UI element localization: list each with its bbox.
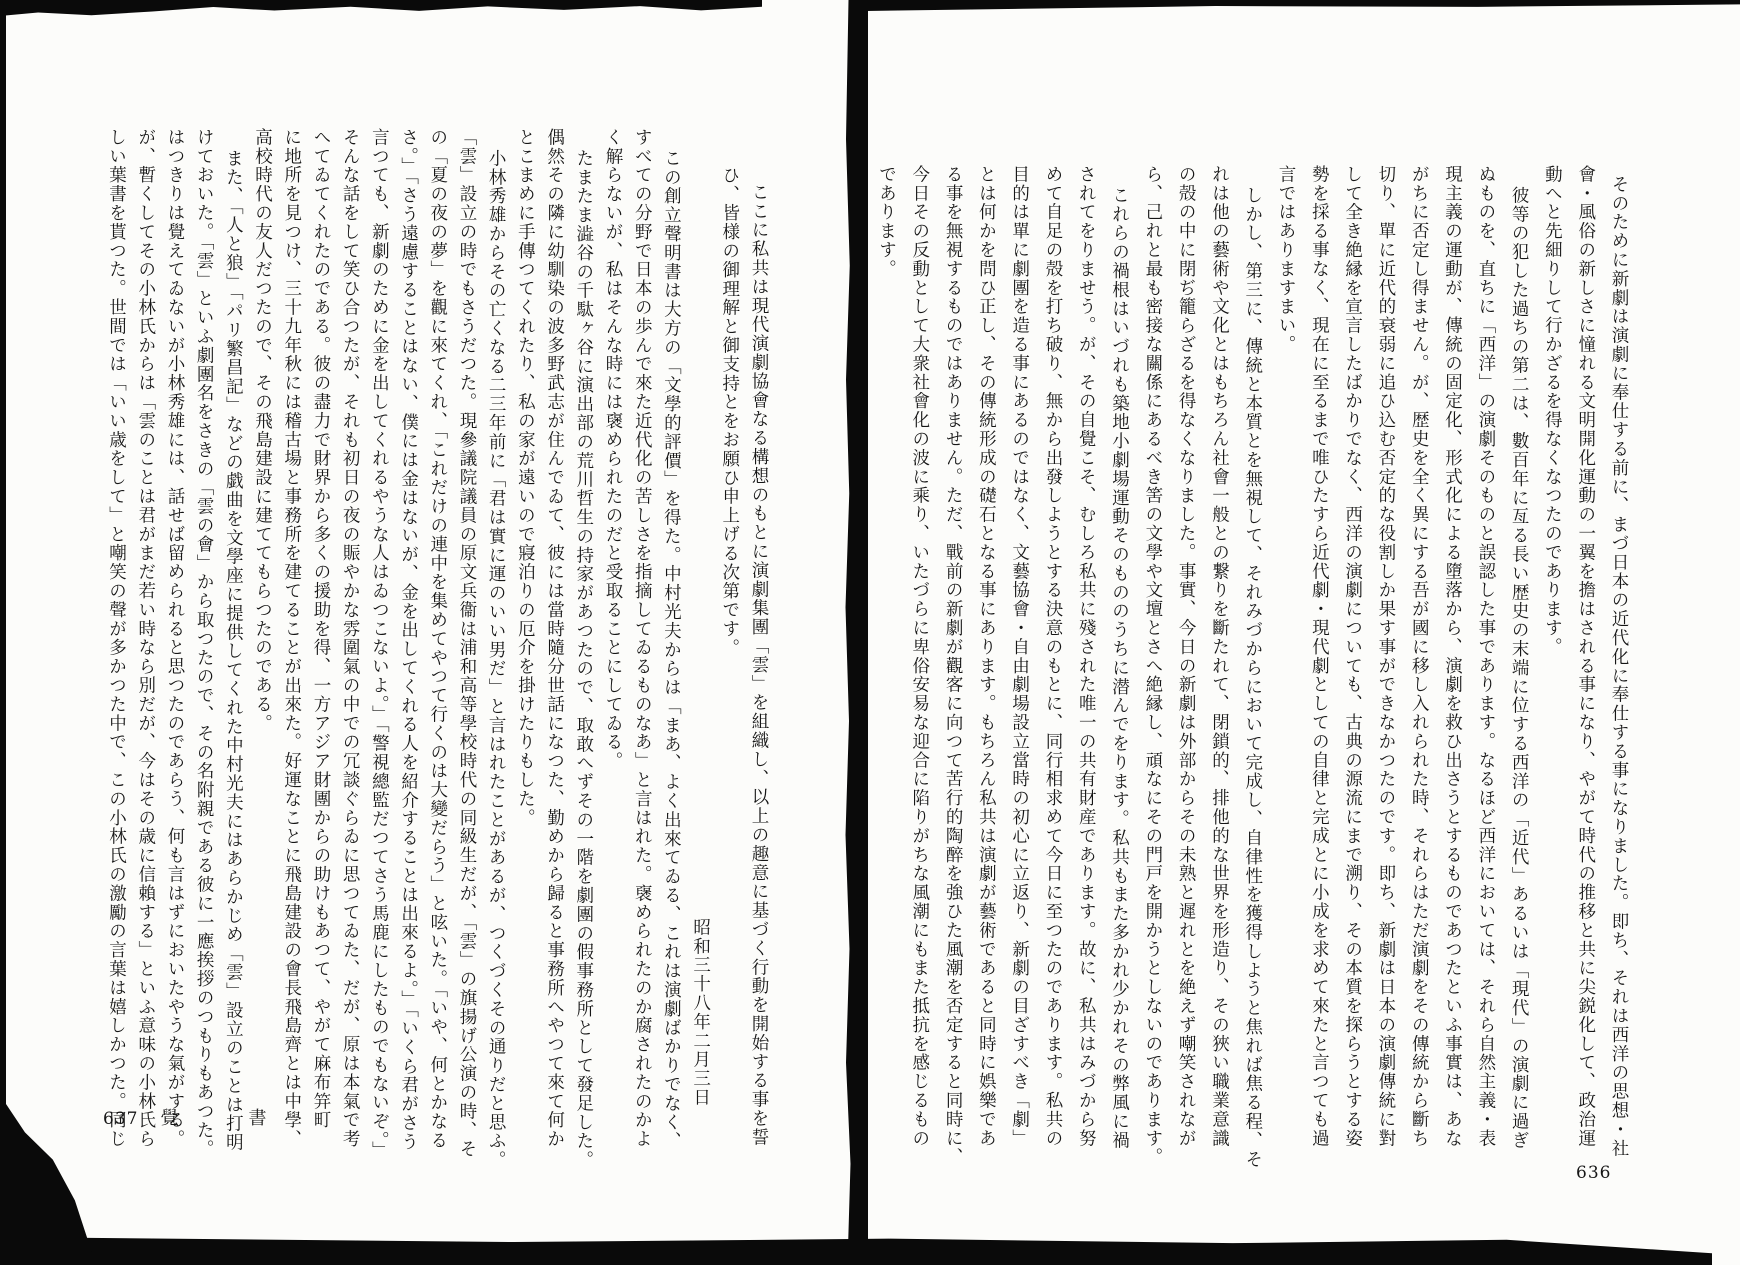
text-column: 小林秀雄からその亡くなる二三年前に「君は實に運のいい男だ」と言はれたことがあるが… [481,128,510,1128]
page-number-right: 636 [1576,1163,1611,1183]
text-column: 彼等の犯した過ちの第二は、數百年に亙る長い歴史の末端に位する西洋の「近代」あるい… [1502,165,1535,1150]
text-column: 動へと先細りして行かざるを得なくなつたのであります。 [1535,165,1568,1150]
text-column: 言つても、新劇のために金を出してくれるやうな人はゐつこないよ。」「警視總監だつて… [364,128,393,1128]
text-column: の「夏の夜の夢」を觀に來てくれ、「これだけの連中を集めてやつて行くのは大變だらう… [423,128,452,1128]
text-column: がちに否定し得ません。が、歴史を全く異にする吾が國に移し入れられた時、それらはた… [1402,165,1435,1150]
text-column: ぬものを、直ちに「西洋」の演劇そのものと誤認した事であります。なるほど西洋におい… [1469,165,1502,1150]
text-column: はつきりは覺えてゐないが小林秀雄には、話せば留められると思つたのであらう、何も言… [160,128,189,1128]
text-column: ら、己れと最も密接な關係にあるべき筈の文學や文壇とさへ絶縁し、頑なにその門戸を開… [1136,165,1169,1150]
text-column: く解らないが、私はそんな時には襃められたのだと受取ることにしてゐる。 [598,128,627,1128]
text-column: が、暫くしてその小林氏からは「雲のことは君がまだ若い時なら別だが、今はその歳に信… [131,128,160,1128]
scan-edge-top-left [0,0,762,16]
text-column: 現主義の運動が、傳統の固定化、形式化による墮落から、演劇を救ひ出さうとするもので… [1435,165,1468,1150]
scan-edge-bottom [0,1237,1712,1265]
text-column: 切り、單に近代的衰弱に追ひ込む否定的な役割しか果す事ができなかつたのです。即ち、… [1369,165,1402,1150]
date-line: 昭和三十八年二月三日 [685,128,714,1128]
book-spread-scan: そのために新劇は演劇に奉仕する前に、まづ日本の近代化に奉仕する事になりました。即… [0,0,1740,1265]
text-column: すべての分野で日本の歩んで來た近代化の苦しさを指摘してゐるものなあ」と言はれた。… [627,128,656,1128]
text-column: そんな話をして笑ひ合つたが、それも初日の夜の賑やかな雰圍氣の中での冗談ぐらゐに思… [335,128,364,1128]
page-636-text: そのために新劇は演劇に奉仕する前に、まづ日本の近代化に奉仕する事になりました。即… [868,165,1635,1150]
running-footer-left: 637 覺 書 [103,1104,292,1130]
text-column: ここに私共は現代演劇協會なる構想のもとに演劇集團「雲」を組織し、以上の趣意に基づ… [744,128,773,1128]
text-column: して全き絶縁を宣言したばかりでなく、西洋の演劇についても、古典の源流にまで溯り、… [1335,165,1368,1150]
page-637-text: ここに私共は現代演劇協會なる構想のもとに演劇集團「雲」を組織し、以上の趣意に基づ… [101,128,773,1128]
text-column: また、「人と狼」「パリ繁昌記」などの戯曲を文學座に提供してくれた中村光夫にはあら… [218,128,247,1128]
text-column: 今日その反動として大衆社會化の波に乘り、いたづらに卑俗安易な迎合に陷りがちな風潮… [902,165,935,1150]
text-column: れは他の藝術や文化とはもちろん社會一般との繋りを斷たれて、閉鎖的、排他的な世界を… [1202,165,1235,1150]
text-column: であります。 [869,165,902,1150]
text-column: されてをりませう。が、その自覺こそ、むしろ私共に殘された唯一の共有財産であります… [1069,165,1102,1150]
text-column: 偶然その隣に幼馴染の波多野武志が住んでゐて、彼には當時隨分世話になつた、勤めから… [539,128,568,1128]
scan-edge-left [0,0,6,1265]
scan-corner-bottom-left [0,1095,96,1265]
text-column: る事を無視するものではありません。ただ、戰前の新劇が觀客に向つて苦行的陶醉を強ひ… [936,165,969,1150]
text-column: の殻の中に閉ぢ籠らざるを得なくなりました。事實、今日の新劇は外部からその未熟と遲… [1169,165,1202,1150]
text-column: とは何かを問ひ正し、その傳統形成の礎石となる事にあります。もちろん私共は演劇が藝… [969,165,1002,1150]
text-column: 「雲」設立の時でもさうだつた。現參議院議員の原文兵衞は浦和高等學校時代の同級生だ… [452,128,481,1128]
text-column: に地所を見つけ、三十九年秋には稽古場と事務所を建てることが出來た。好運なことに飛… [277,128,306,1128]
text-column: けておいた。「雲」といふ劇團名をさきの「雲の會」から取つたので、その名附親である… [189,128,218,1128]
text-column: たまたま澁谷の千駄ヶ谷に演出部の荒川哲生の持家があつたので、取敢へずその一階を劇… [569,128,598,1128]
text-column: 言ではありますまい。 [1269,165,1302,1150]
text-column: 高校時代の友人だつたので、その飛島建設に建ててもらつたのである。 [247,128,276,1128]
text-column: 勢を採る事なく、現在に至るまで唯ひたすら近代劇・現代劇としての自律と完成とに小成… [1302,165,1335,1150]
scan-edge-top-right [866,0,1740,11]
text-column: しかし、第三に、傳統と本質とを無視して、それみづからにおいて完成し、自律性を獲得… [1235,165,1268,1150]
text-column: しい葉書を貰つた。世間では「いい歳をして」と嘲笑の聲が多かつた中で、この小林氏の… [101,128,130,1128]
text-column: 會・風俗の新しさに憧れる文明開化運動の一翼を擔はされる事になり、やがて時代の推移… [1568,165,1601,1150]
text-column: この創立聲明書は大方の「文學的評價」を得た。中村光夫からは「まあ、よく出來てゐる… [656,128,685,1128]
text-column: これらの禍根はいづれも築地小劇場運動そのもののうちに潜んでをります。私共もまた多… [1102,165,1135,1150]
book-gutter-shadow [843,0,868,1265]
text-column: へてゐてくれたのである。彼の盡力で財界から多くの援助を得、一方アジア財團からの助… [306,128,335,1128]
text-column: そのために新劇は演劇に奉仕する前に、まづ日本の近代化に奉仕する事になりました。即… [1602,165,1635,1150]
text-column: ひ、皆様の御理解と御支持とをお願ひ申上げる次第です。 [715,128,744,1128]
text-column: めて自足の殻を打ち破り、無から出發しようとする決意のもとに、同行相求めて今日に至… [1036,165,1069,1150]
running-title: 覺 書 [160,1104,292,1130]
text-column: とこまめに手傳つてくれたり、私の家が遠いので寢泊りの厄介を掛けたりもした。 [510,128,539,1128]
text-column: 目的は單に劇團を造る事にあるのではなく、文藝協會・自由劇場設立當時の初心に立返り… [1002,165,1035,1150]
text-column: さ。」「さう遠慮することはない、僕には金はないが、金を出してくれる人を紹介するこ… [393,128,422,1128]
page-number-left: 637 [103,1109,138,1129]
